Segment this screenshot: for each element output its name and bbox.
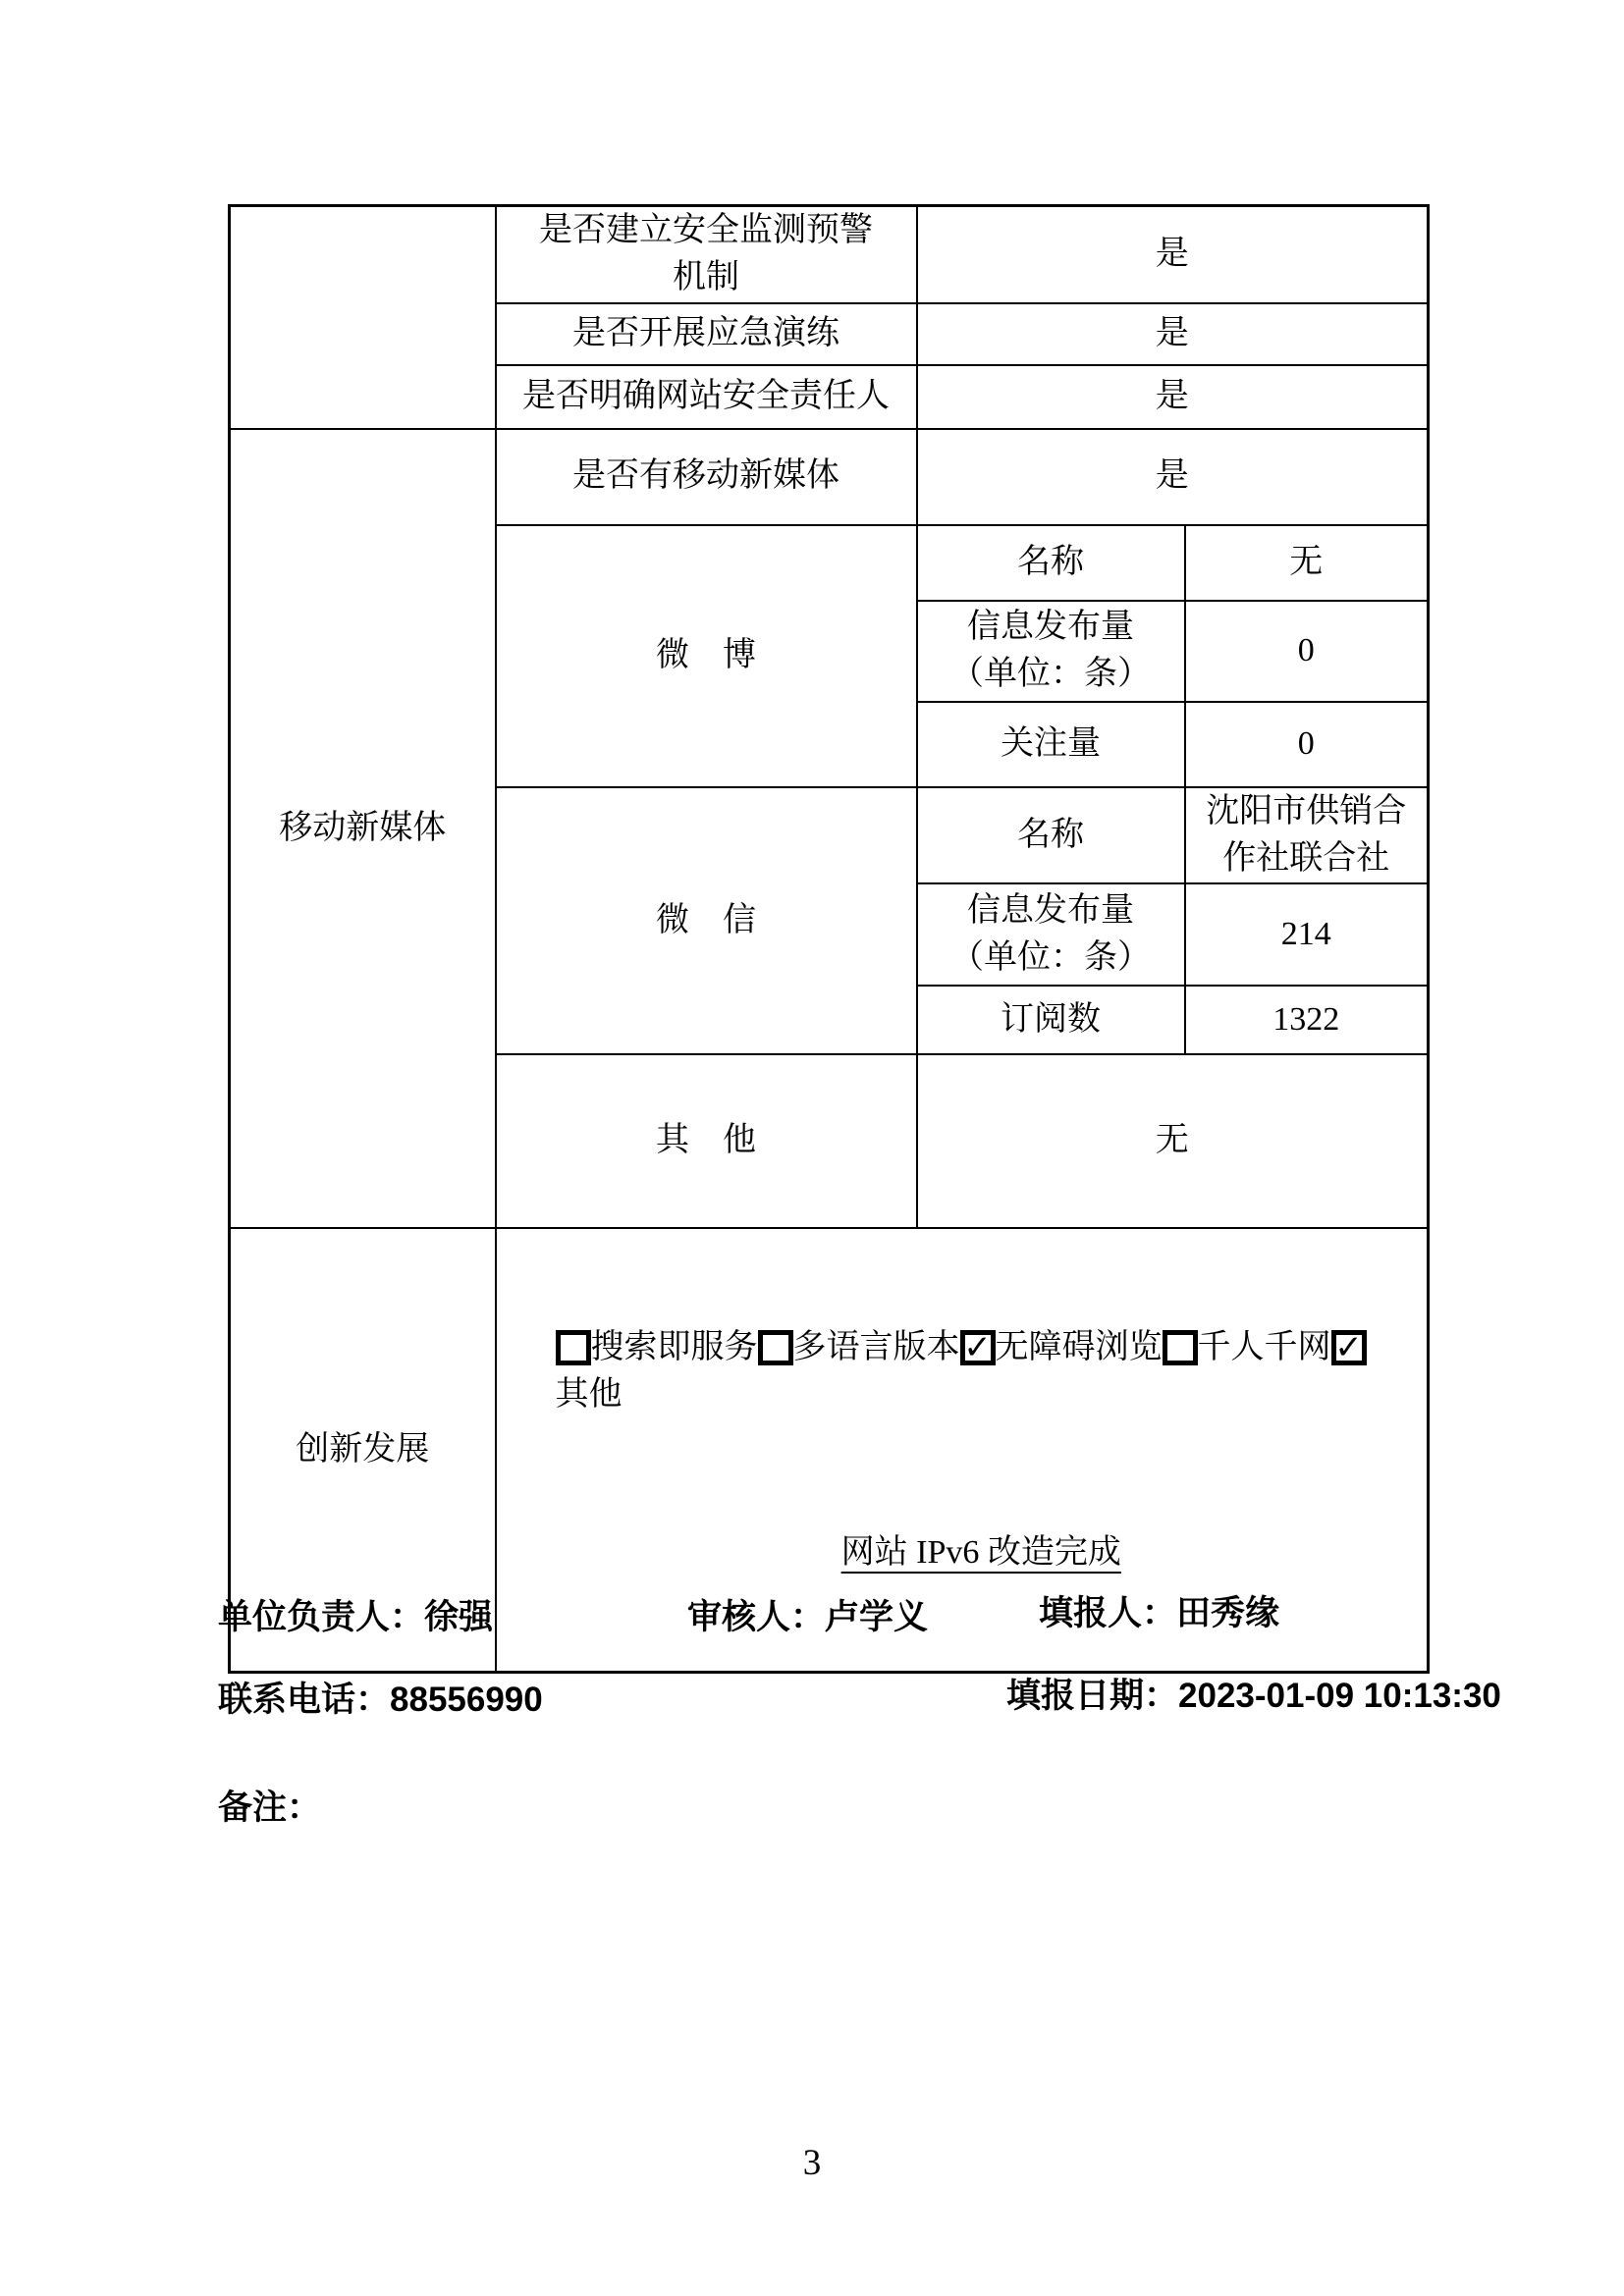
remarks-field: 备注： — [218, 1789, 321, 1828]
reviewer-field: 审核人：卢学义 — [687, 1598, 928, 1637]
unit-head-value: 徐强 — [424, 1598, 493, 1636]
cell-weibo-name-label: 名称 — [917, 525, 1185, 601]
cell-security-section-label — [230, 206, 496, 429]
report-page: 是否建立安全监测预警 机制 是 是否开展应急演练 是 是否明确网站安全责任人 是… — [0, 0, 1624, 2296]
cell-weibo-name-value: 无 — [1185, 525, 1429, 601]
cell-q-has-mobile-label: 是否有移动新媒体 — [496, 429, 917, 525]
cell-q-warning-mechanism-label: 是否建立安全监测预警 机制 — [496, 206, 917, 303]
unit-head-field: 单位负责人：徐强 — [218, 1598, 493, 1637]
fill-date-value: 2023-01-09 10:13:30 — [1178, 1677, 1501, 1715]
innovation-option-label: 多语言版本 — [793, 1324, 960, 1371]
fill-date-field: 填报日期：2023-01-09 10:13:30 — [1006, 1677, 1501, 1716]
phone-label: 联系电话： — [218, 1681, 390, 1719]
cell-q-emergency-drill-label: 是否开展应急演练 — [496, 303, 917, 365]
cell-weibo-followers-value: 0 — [1185, 702, 1429, 787]
cell-q-emergency-drill-value: 是 — [917, 303, 1429, 365]
fill-date-label: 填报日期： — [1006, 1677, 1178, 1715]
innovation-other-note: 网站 IPv6 改造完成 — [841, 1529, 1121, 1576]
checkbox-unchecked-icon[interactable] — [556, 1330, 591, 1365]
reviewer-label: 审核人： — [687, 1598, 825, 1636]
cell-weibo-posts-label: 信息发布量 （单位：条） — [917, 601, 1185, 702]
filler-value: 田秀缘 — [1176, 1594, 1279, 1632]
filler-label: 填报人： — [1039, 1594, 1176, 1632]
cell-q-warning-mechanism-value: 是 — [917, 206, 1429, 303]
cell-innovation-content: 搜索即服务多语言版本✓无障碍浏览千人千网✓其他 网站 IPv6 改造完成 — [496, 1228, 1429, 1673]
cell-q-security-person-label: 是否明确网站安全责任人 — [496, 365, 917, 429]
cell-q-security-person-value: 是 — [917, 365, 1429, 429]
innovation-option-label: 其他 — [556, 1371, 623, 1418]
cell-weibo-followers-label: 关注量 — [917, 702, 1185, 787]
cell-wechat-posts-value: 214 — [1185, 883, 1429, 986]
cell-mobile-media-section-label: 移动新媒体 — [230, 429, 496, 1229]
table-row: 是否建立安全监测预警 机制 是 — [230, 206, 1429, 303]
remarks-label: 备注： — [218, 1789, 321, 1827]
checkbox-checked-icon[interactable]: ✓ — [1331, 1330, 1367, 1365]
cell-wechat-label: 微 信 — [496, 787, 917, 1055]
cell-weibo-label: 微 博 — [496, 525, 917, 787]
innovation-option-label: 搜索即服务 — [591, 1324, 758, 1371]
innovation-option-label: 无障碍浏览 — [996, 1324, 1163, 1371]
filler-field: 填报人：田秀缘 — [1039, 1594, 1279, 1633]
unit-head-label: 单位负责人： — [218, 1598, 424, 1636]
report-table: 是否建立安全监测预警 机制 是 是否开展应急演练 是 是否明确网站安全责任人 是… — [228, 204, 1430, 1674]
cell-weibo-posts-value: 0 — [1185, 601, 1429, 702]
reviewer-value: 卢学义 — [825, 1598, 928, 1636]
checkbox-checked-icon[interactable]: ✓ — [960, 1330, 996, 1365]
checkbox-unchecked-icon[interactable] — [1163, 1330, 1198, 1365]
cell-wechat-name-value: 沈阳市供销合 作社联合社 — [1185, 787, 1429, 884]
innovation-note-line: 网站 IPv6 改造完成 — [556, 1481, 1408, 1576]
phone-field: 联系电话：88556990 — [218, 1681, 543, 1720]
innovation-options: 搜索即服务多语言版本✓无障碍浏览千人千网✓其他 — [556, 1324, 1408, 1419]
cell-wechat-posts-label: 信息发布量 （单位：条） — [917, 883, 1185, 986]
innovation-content: 搜索即服务多语言版本✓无障碍浏览千人千网✓其他 网站 IPv6 改造完成 — [497, 1276, 1428, 1624]
cell-other-media-label: 其 他 — [496, 1054, 917, 1228]
table-row: 移动新媒体 是否有移动新媒体 是 — [230, 429, 1429, 525]
page-number: 3 — [0, 2142, 1624, 2184]
innovation-option-label: 千人千网 — [1198, 1324, 1331, 1371]
cell-wechat-subscribers-label: 订阅数 — [917, 986, 1185, 1054]
cell-wechat-subscribers-value: 1322 — [1185, 986, 1429, 1054]
phone-value: 88556990 — [390, 1681, 543, 1719]
cell-other-media-value: 无 — [917, 1054, 1429, 1228]
cell-q-has-mobile-value: 是 — [917, 429, 1429, 525]
checkbox-unchecked-icon[interactable] — [758, 1330, 793, 1365]
cell-wechat-name-label: 名称 — [917, 787, 1185, 884]
